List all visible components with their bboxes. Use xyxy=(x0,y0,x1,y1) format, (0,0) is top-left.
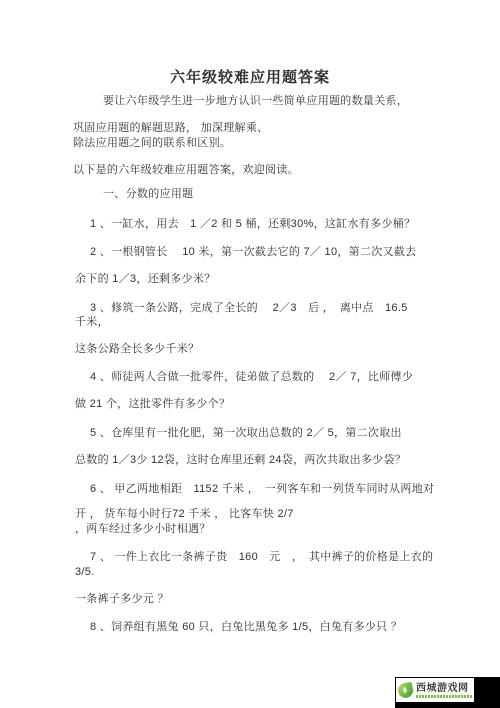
problem-line: 总数的 1／3少 12袋，这时仓库里还剩 24袋，两次共取出多少袋？ xyxy=(75,454,406,467)
problem-line: 开 ， 货车每小时行72 千米 ， 比客车快 2/7 xyxy=(75,508,294,521)
doc-line: 除法应用题之间的联系和区别。 xyxy=(73,137,231,150)
problem-line: 6 、 甲乙两地相距 1152 千米 ， 一列客车和一列货车同时从两地对 xyxy=(90,483,434,496)
problem-line: 3/5. xyxy=(75,566,95,579)
site-logo-text-group: 西城游戏网 xyxy=(416,683,472,698)
logo-subtext-strip xyxy=(416,695,472,698)
doc-line: 巩固应用题的解题思路， 加深理解乘、 xyxy=(73,122,268,135)
problem-line: 3 、修筑一条公路，完成了全长的 2／3 后 ， 离中点 16.5 xyxy=(90,302,408,315)
site-logo: 西城游戏网 xyxy=(396,678,474,702)
problem-line: 做 21 个，这批零件有多少个？ xyxy=(75,398,230,411)
problem-line: 余下的 1／3，还剩多少米？ xyxy=(75,273,216,286)
document-page: 六年级较难应用题答案 要让六年级学生进一步地方认识一些简单应用题的数量关系， 巩… xyxy=(0,0,500,708)
page-title: 六年级较难应用题答案 xyxy=(0,66,500,87)
problem-line: 5 、仓库里有一批化肥，第一次取出总数的 2／ 5，第二次取出 xyxy=(90,427,402,440)
problem-line: 千米， xyxy=(75,316,109,329)
problem-line: ，两车经过多少小时相遇？ xyxy=(75,523,211,536)
problem-line: 这条公路全长多少千米？ xyxy=(75,343,199,356)
problem-line: 2 、一根钢管长 10 米，第一次截去它的 7／ 10，第二次又截去 xyxy=(90,246,417,259)
watermark-corner: 西城游戏网 xyxy=(395,677,500,708)
problem-line: 8 、饲养组有黑兔 60 只，白兔比黑兔多 1/5，白兔有多少只 ？ xyxy=(90,621,402,634)
site-logo-text: 西城游戏网 xyxy=(416,683,472,694)
problem-line: 一条裤子多少元 ？ xyxy=(75,593,169,606)
problem-line: 1 、一缸水，用去 1 ／2 和 5 桶，还剩30%，这缸水有多少桶？ xyxy=(90,218,415,231)
section-heading: 一、分数的应用题 xyxy=(103,188,193,201)
problem-line: 4 、师徒两人合做一批零件，徒弟做了总数的 2／ 7，比师傅少 xyxy=(90,371,413,384)
doc-line: 以下是的六年级较难应用题答案，欢迎阅读。 xyxy=(73,164,299,177)
clover-leaf-icon xyxy=(397,681,414,698)
doc-line: 要让六年级学生进一步地方认识一些简单应用题的数量关系， xyxy=(103,95,408,108)
problem-line: 7 、 一件上衣比一条裤子贵 160 元 ， 其中裤子的价格是上衣的 xyxy=(90,551,433,564)
